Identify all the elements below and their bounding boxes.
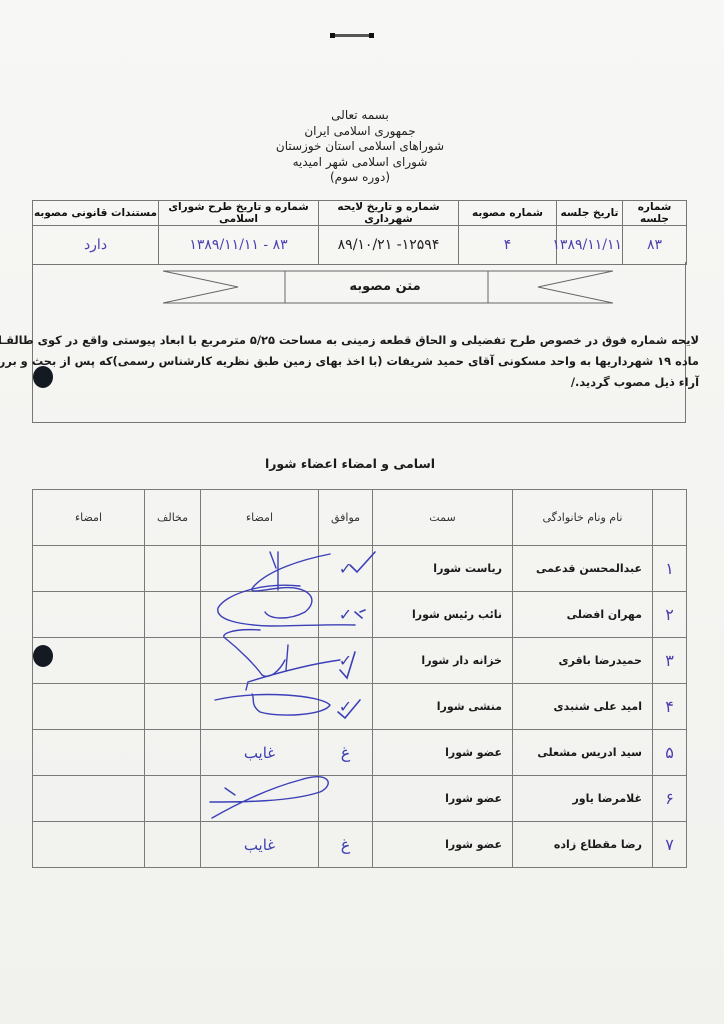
member-role: ریاست شورا	[373, 546, 513, 592]
table-row: ۱ عبدالمحسن قدعمی ریاست شورا ✓	[33, 546, 687, 592]
member-role: منشی شورا	[373, 684, 513, 730]
resolution-line-2: ماده ۱۹ شهرداریها به واحد مسکونی آقای حم…	[39, 351, 699, 372]
resolution-info-table: شماره جلسه تاریخ جلسه شماره مصوبه شماره …	[32, 200, 687, 265]
agree-mark: ✓	[319, 546, 373, 592]
resolution-line-1: لایحه شماره فوق در خصوص طرح تفضیلی و الح…	[39, 330, 699, 351]
header-municipal-bill: شماره و تاریخ لایحه شهرداری	[319, 201, 459, 226]
header-agree: موافق	[319, 490, 373, 546]
session-number-value: ۸۳	[623, 226, 687, 265]
members-header-row: نام ونام خانوادگی سمت موافق امضاء مخالف …	[33, 490, 687, 546]
member-number: ۶	[653, 776, 687, 822]
agree-signature	[201, 776, 319, 822]
table-row: ۷ رضا مقطاع زاده عضو شورا غ غایب	[33, 822, 687, 868]
header-resolution-number: شماره مصوبه	[459, 201, 557, 226]
member-role: خزانه دار شورا	[373, 638, 513, 684]
header-council-plan: شماره و تاریخ طرح شورای اسلامی	[159, 201, 319, 226]
session-date-value: ۱۳۸۹/۱۱/۱۱	[557, 226, 623, 265]
member-name: رضا مقطاع زاده	[513, 822, 653, 868]
header-session-date: تاریخ جلسه	[557, 201, 623, 226]
info-value-row: ۸۳ ۱۳۸۹/۱۱/۱۱ ۴ ۱۲۵۹۴- ۸۹/۱۰/۲۱ ۸۳ - ۱۳۸…	[33, 226, 687, 265]
oppose-mark	[145, 684, 201, 730]
member-number: ۳	[653, 638, 687, 684]
oppose-signature	[33, 684, 145, 730]
member-name: حمیدرضا باقری	[513, 638, 653, 684]
resolution-title: متن مصوبه	[285, 269, 485, 305]
members-section-title: اسامی و امضاء اعضاء شورا	[200, 456, 500, 471]
resolution-number-value: ۴	[459, 226, 557, 265]
member-name: مهران افضلی	[513, 592, 653, 638]
info-header-row: شماره جلسه تاریخ جلسه شماره مصوبه شماره …	[33, 201, 687, 226]
agree-mark: ✓	[319, 684, 373, 730]
oppose-mark	[145, 776, 201, 822]
municipal-bill-value: ۱۲۵۹۴- ۸۹/۱۰/۲۱	[319, 226, 459, 265]
member-name: امید علی شنبدی	[513, 684, 653, 730]
agree-signature	[201, 684, 319, 730]
member-name: سید ادریس مشعلی	[513, 730, 653, 776]
agree-signature: غایب	[201, 730, 319, 776]
header-agree-signature: امضاء	[201, 490, 319, 546]
scanned-document-page: بسمه تعالی جمهوری اسلامی ایران شوراهای ا…	[0, 0, 724, 1024]
member-role: عضو شورا	[373, 822, 513, 868]
staple-mark	[330, 34, 374, 37]
agree-mark: ✓	[319, 638, 373, 684]
members-table: نام ونام خانوادگی سمت موافق امضاء مخالف …	[32, 489, 687, 868]
oppose-signature	[33, 730, 145, 776]
agree-signature	[201, 592, 319, 638]
header-name: نام ونام خانوادگی	[513, 490, 653, 546]
header-province-councils: شوراهای اسلامی استان خوزستان	[200, 139, 520, 155]
member-name: غلامرضا یاور	[513, 776, 653, 822]
resolution-body: لایحه شماره فوق در خصوص طرح تفضیلی و الح…	[39, 330, 699, 393]
member-number: ۲	[653, 592, 687, 638]
member-number: ۴	[653, 684, 687, 730]
oppose-signature	[33, 638, 145, 684]
member-number: ۵	[653, 730, 687, 776]
agree-mark: غ	[319, 822, 373, 868]
agree-signature	[201, 638, 319, 684]
oppose-mark	[145, 638, 201, 684]
member-number: ۷	[653, 822, 687, 868]
table-row: ۲ مهران افضلی نائب رئیس شورا ✓	[33, 592, 687, 638]
legal-documents-value: دارد	[33, 226, 159, 265]
agree-signature	[201, 546, 319, 592]
oppose-signature	[33, 546, 145, 592]
header-oppose: مخالف	[145, 490, 201, 546]
oppose-mark	[145, 592, 201, 638]
member-number: ۱	[653, 546, 687, 592]
table-row: ۶ غلامرضا یاور عضو شورا	[33, 776, 687, 822]
header-country: جمهوری اسلامی ایران	[200, 124, 520, 140]
header-number	[653, 490, 687, 546]
table-row: ۵ سید ادریس مشعلی عضو شورا غ غایب	[33, 730, 687, 776]
table-row: ۳ حمیدرضا باقری خزانه دار شورا ✓	[33, 638, 687, 684]
resolution-text-box: متن مصوبه لایحه شماره فوق در خصوص طرح تف…	[32, 262, 686, 423]
oppose-signature	[33, 592, 145, 638]
oppose-signature	[33, 776, 145, 822]
header-role: سمت	[373, 490, 513, 546]
resolution-banner: متن مصوبه	[163, 269, 613, 305]
punch-hole-top	[33, 366, 53, 388]
header-oppose-signature: امضاء	[33, 490, 145, 546]
oppose-mark	[145, 546, 201, 592]
member-role: نائب رئیس شورا	[373, 592, 513, 638]
resolution-line-3: آراء ذیل مصوب گردید./	[39, 372, 699, 393]
council-plan-value: ۸۳ - ۱۳۸۹/۱۱/۱۱	[159, 226, 319, 265]
oppose-signature	[33, 822, 145, 868]
header-legal-documents: مستندات قانونی مصوبه	[33, 201, 159, 226]
header-basmala: بسمه تعالی	[200, 108, 520, 124]
document-header: بسمه تعالی جمهوری اسلامی ایران شوراهای ا…	[200, 108, 520, 186]
agree-signature: غایب	[201, 822, 319, 868]
agree-mark: غ	[319, 730, 373, 776]
oppose-mark	[145, 822, 201, 868]
agree-mark: ✓	[319, 592, 373, 638]
member-role: عضو شورا	[373, 776, 513, 822]
agree-mark	[319, 776, 373, 822]
header-term: (دوره سوم)	[200, 170, 520, 186]
oppose-mark	[145, 730, 201, 776]
table-row: ۴ امید علی شنبدی منشی شورا ✓	[33, 684, 687, 730]
member-role: عضو شورا	[373, 730, 513, 776]
member-name: عبدالمحسن قدعمی	[513, 546, 653, 592]
header-session-number: شماره جلسه	[623, 201, 687, 226]
header-city-council: شورای اسلامی شهر امیدیه	[200, 155, 520, 171]
